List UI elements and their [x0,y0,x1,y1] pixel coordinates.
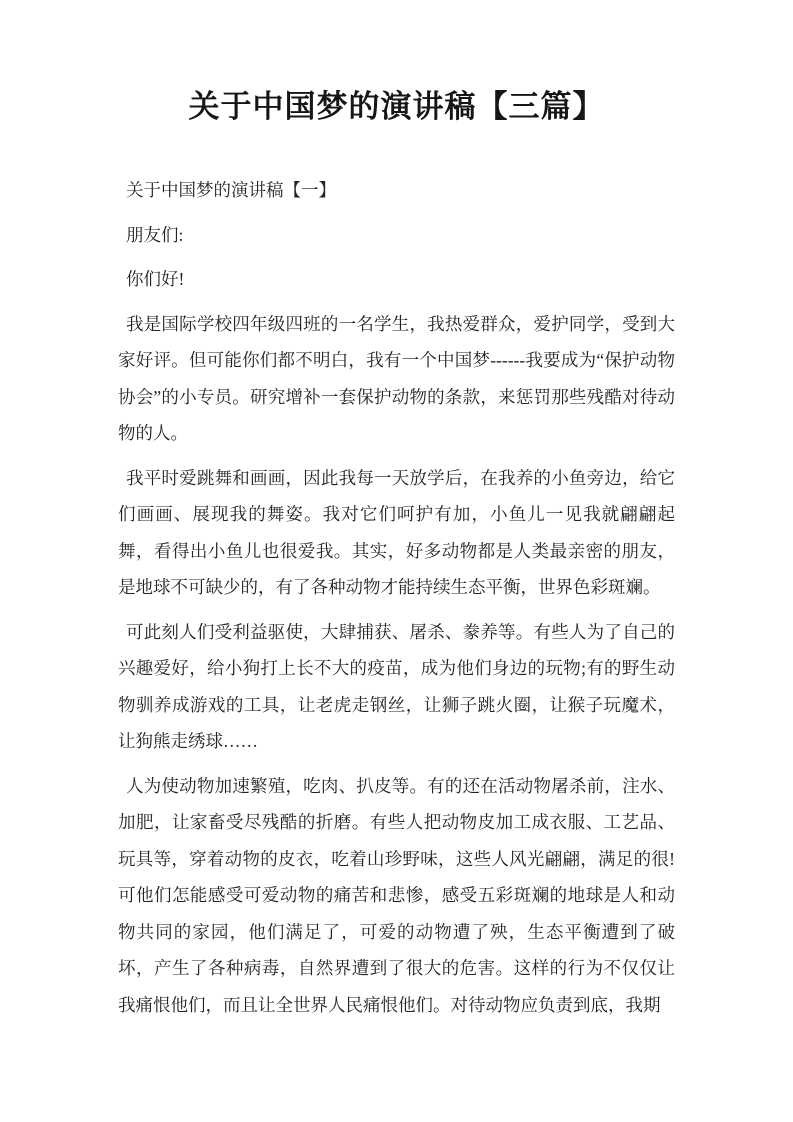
paragraph-hobbies: 我平时爱跳舞和画画，因此我每一天放学后，在我养的小鱼旁边，给它们画画、展现我的舞… [118,460,675,606]
paragraph-salutation: 朋友们: [118,217,675,254]
paragraph-greeting: 你们好! [118,261,675,298]
document-body: 关于中国梦的演讲稿【一】 朋友们: 你们好! 我是国际学校四年级四班的一名学生，… [118,172,675,1023]
document-page: 关于中国梦的演讲稿【三篇】 关于中国梦的演讲稿【一】 朋友们: 你们好! 我是国… [0,0,793,1122]
paragraph-animal-abuse: 可此刻人们受利益驱使，大肆捕获、屠杀、豢养等。有些人为了自己的兴趣爱好，给小狗打… [118,614,675,760]
section-heading: 关于中国梦的演讲稿【一】 [118,172,675,209]
document-title: 关于中国梦的演讲稿【三篇】 [0,0,793,130]
paragraph-consequences: 人为使动物加速繁殖，吃肉、扒皮等。有的还在活动物屠杀前，注水、加肥，让家畜受尽残… [118,768,675,1024]
paragraph-intro: 我是国际学校四年级四班的一名学生，我热爱群众，爱护同学，受到大家好评。但可能你们… [118,306,675,452]
